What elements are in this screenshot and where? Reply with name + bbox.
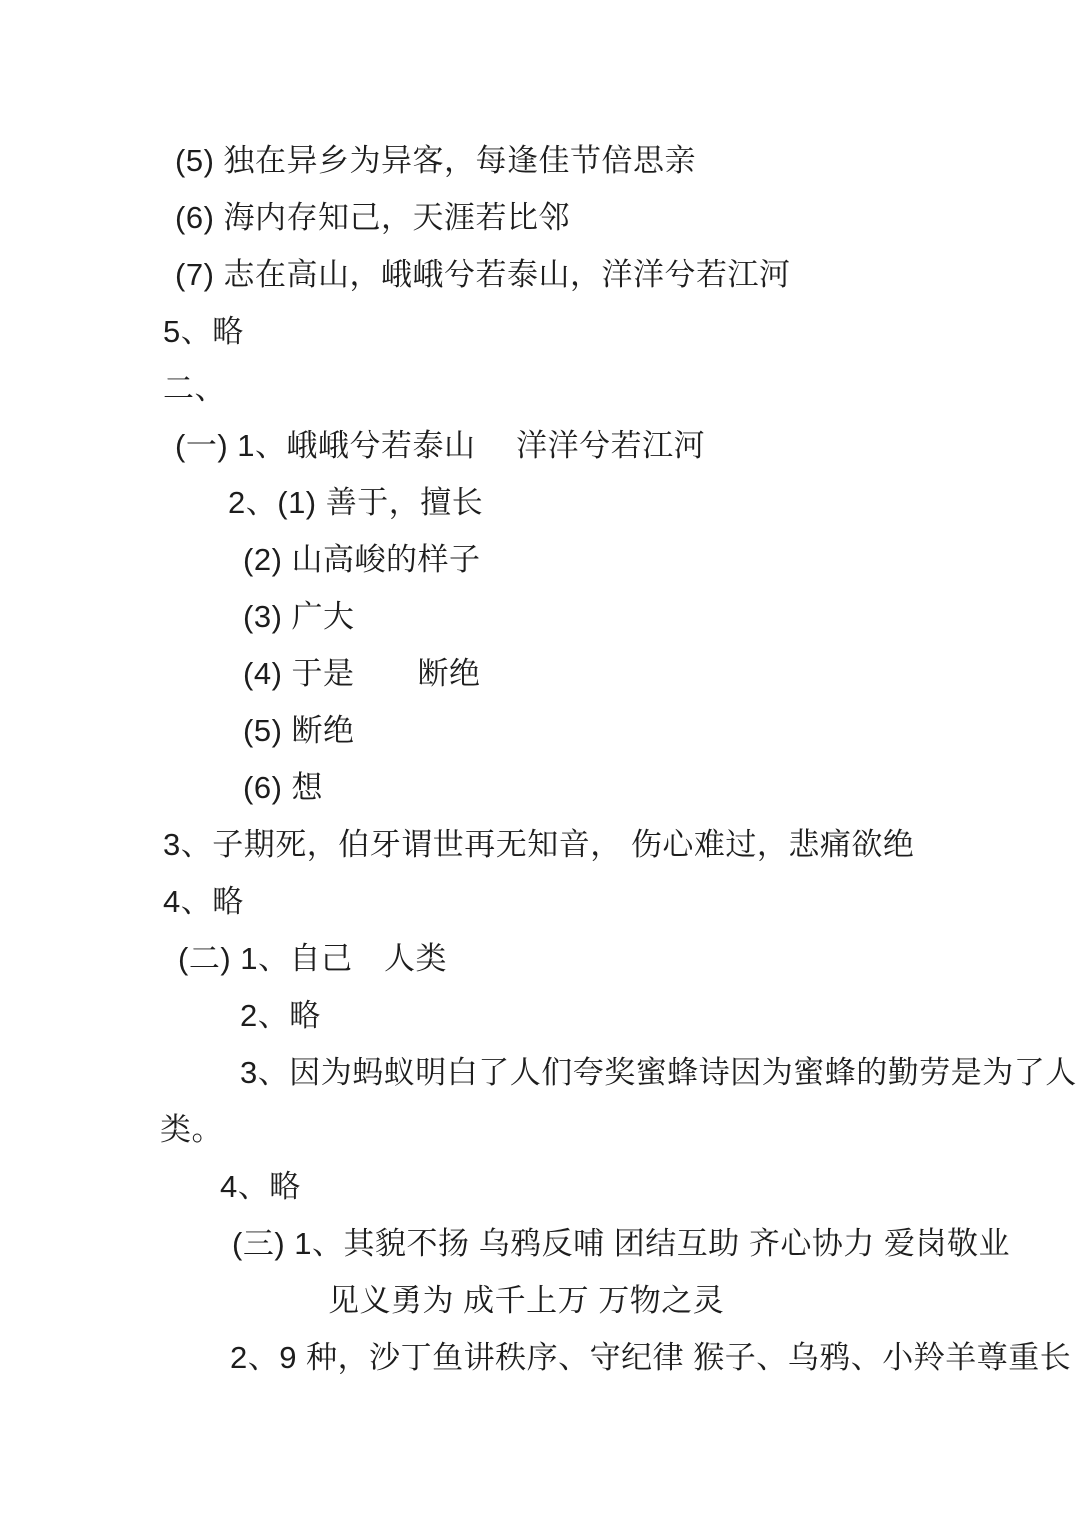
answer-line-sec1-q2-item2: (2) 山高峻的样子 [0, 531, 1080, 588]
answer-line-part1-q5: 5、略 [0, 303, 1080, 360]
answer-line-sec3-q2: 2、9 种，沙丁鱼讲秩序、守纪律 猴子、乌鸦、小羚羊尊重长 [0, 1329, 1080, 1386]
answer-line-sec2-q2: 2、略 [0, 987, 1080, 1044]
answer-line-sec1-q4: 4、略 [0, 873, 1080, 930]
answer-line-sec3-q1-line2: 见义勇为 成千上万 万物之灵 [0, 1272, 1080, 1329]
answer-line-sec2-q4: 4、略 [0, 1158, 1080, 1215]
answer-line-sec2-q1: (二) 1、自己 人类 [0, 930, 1080, 987]
answer-line-sec1-q2-item4: (4) 于是 断绝 [0, 645, 1080, 702]
section-heading-part2: 二、 [0, 360, 1080, 417]
answer-line-sec1-q2-item3: (3) 广大 [0, 588, 1080, 645]
answer-line-sec2-q3-line2: 类。 [0, 1101, 1080, 1158]
answer-line-part1-item5: (5) 独在异乡为异客，每逢佳节倍思亲 [0, 132, 1080, 189]
answer-line-sec1-q2-item1: 2、(1) 善于，擅长 [0, 474, 1080, 531]
answer-line-sec1-q2-item6: (6) 想 [0, 759, 1080, 816]
answer-line-sec1-q1: (一) 1、峨峨兮若泰山 洋洋兮若江河 [0, 417, 1080, 474]
answer-line-part1-item6: (6) 海内存知己，天涯若比邻 [0, 189, 1080, 246]
document-page: (5) 独在异乡为异客，每逢佳节倍思亲 (6) 海内存知己，天涯若比邻 (7) … [0, 0, 1080, 1527]
answer-line-sec1-q3: 3、子期死，伯牙谓世再无知音， 伤心难过，悲痛欲绝 [0, 816, 1080, 873]
answer-line-part1-item7: (7) 志在高山，峨峨兮若泰山，洋洋兮若江河 [0, 246, 1080, 303]
answer-line-sec3-q1-line1: (三) 1、其貌不扬 乌鸦反哺 团结互助 齐心协力 爱岗敬业 [0, 1215, 1080, 1272]
answer-line-sec2-q3-line1: 3、因为蚂蚁明白了人们夸奖蜜蜂诗因为蜜蜂的勤劳是为了人 [0, 1044, 1080, 1101]
answer-line-sec1-q2-item5: (5) 断绝 [0, 702, 1080, 759]
